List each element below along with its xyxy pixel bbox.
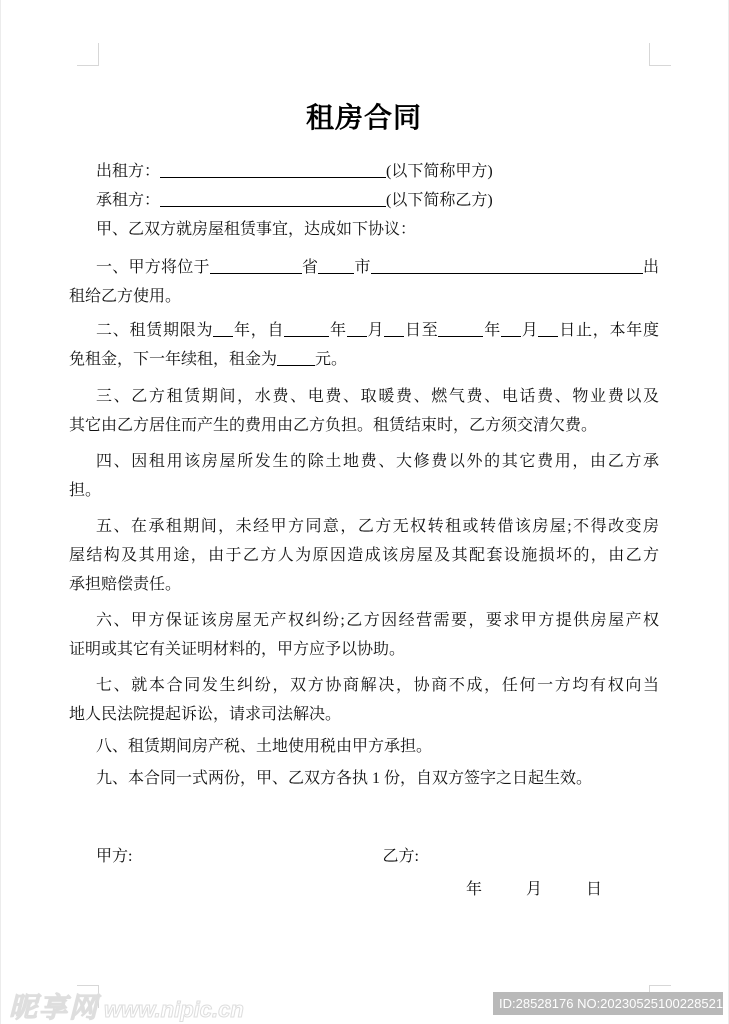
blank-field [347,321,367,337]
text-segment: 证明或其它有关证明材料的，甲方应予以协助。 [69,641,405,658]
line: 租给乙方使用。 [69,282,659,311]
paragraph-preamble: 甲、乙双方就房屋租赁事宜，达成如下协议： [69,215,659,244]
paragraph-clause-1: 一、甲方将位于省市出租给乙方使用。 [69,253,659,311]
paragraph-clause-3: 三、乙方租赁期间，水费、电费、取暖费、燃气费、电话费、物业费以及其它由乙方居住而… [69,382,659,440]
contract-body: 租房合同 出租方：(以下简称甲方)承租方：(以下简称乙方)甲、乙双方就房屋租赁事… [69,0,659,904]
document-page: 租房合同 出租方：(以下简称甲方)承租方：(以下简称乙方)甲、乙双方就房屋租赁事… [0,0,729,1024]
image-id-bar: ID:28528176 NO:20230525100228521101 [493,992,723,1015]
text-segment: 六、甲方保证该房屋无产权纠纷;乙方因经营需要，要求甲方提供房屋产权 [96,612,659,629]
paragraph-party-b: 承租方：(以下简称乙方) [69,186,659,215]
text-segment: 年，自 [233,322,284,339]
blank-field [384,321,404,337]
nipic-watermark: 昵享网www.nipic.cn [9,986,244,1024]
paragraph-clause-4: 四、因租用该房屋所发生的除土地费、大修费以外的其它费用，由乙方承担。 [69,447,659,505]
blank-field [318,258,354,274]
text-segment: 省 [302,259,319,276]
line: 担。 [69,476,659,505]
line: 五、在承租期间，未经甲方同意，乙方无权转租或转借该房屋;不得改变房 [69,512,659,541]
text-segment: 四、因租用该房屋所发生的除土地费、大修费以外的其它费用，由乙方承 [96,453,659,470]
text-segment: 地人民法院提起诉讼，请求司法解决。 [69,706,341,723]
line: 七、就本合同发生纠纷，双方协商解决，协商不成，任何一方均有权向当 [69,671,659,700]
text-segment: 年 [466,881,482,898]
paragraph-clause-6: 六、甲方保证该房屋无产权纠纷;乙方因经营需要，要求甲方提供房屋产权证明或其它有关… [69,606,659,664]
text-segment: 三、乙方租赁期间，水费、电费、取暖费、燃气费、电话费、物业费以及 [96,388,659,405]
paragraph-clause-9: 九、本合同一式两份，甲、乙双方各执 1 份，自双方签字之日起生效。 [69,764,659,793]
text-segment: 其它由乙方居住而产生的费用由乙方负担。租赁结束时，乙方须交清欠费。 [69,417,597,434]
text-segment: 日 [586,881,602,898]
text-segment: 市 [354,259,371,276]
text-segment: 承担赔偿责任。 [69,576,181,593]
blank-field [210,258,302,274]
line: 甲、乙双方就房屋租赁事宜，达成如下协议： [69,215,659,244]
text-segment: 元。 [315,351,347,368]
text-segment: 一、甲方将位于 [96,259,210,276]
line: 地人民法院提起诉讼，请求司法解决。 [69,700,659,729]
blank-field [160,162,386,178]
line: 其它由乙方居住而产生的费用由乙方负担。租赁结束时，乙方须交清欠费。 [69,411,659,440]
text-segment: 甲方: [96,848,132,865]
text-segment: 月 [526,881,542,898]
watermark-site-url: www.nipic.cn [104,997,244,1022]
text-segment: 月 [521,322,539,339]
text-segment: 租给乙方使用。 [69,288,181,305]
text-segment: 日至 [404,322,438,339]
paragraph-party-a: 出租方：(以下简称甲方) [69,157,659,186]
blank-field [538,321,558,337]
page-title: 租房合同 [69,101,659,137]
line: 八、租赁期间房产税、土地使用税由甲方承担。 [69,732,659,761]
paragraph-clause-5: 五、在承租期间，未经甲方同意，乙方无权转租或转借该房屋;不得改变房屋结构及其用途… [69,512,659,599]
line: 一、甲方将位于省市出 [69,253,659,282]
text-segment: 屋结构及其用途，由于乙方人为原因造成该房屋及其配套设施损坏的，由乙方 [69,547,659,564]
text-segment: 七、就本合同发生纠纷，双方协商解决，协商不成，任何一方均有权向当 [96,677,659,694]
watermark-site-name: 昵享网 [9,992,99,1023]
text-segment: 年 [329,322,347,339]
text-segment: (以下简称乙方) [386,192,493,209]
blank-field [277,350,315,366]
line: 四、因租用该房屋所发生的除土地费、大修费以外的其它费用，由乙方承 [69,447,659,476]
paragraph-date: 年月日 [69,875,659,904]
text-segment: 九、本合同一式两份，甲、乙双方各执 1 份，自双方签字之日起生效。 [96,770,592,787]
blank-field [371,258,643,274]
text-segment: 担。 [69,482,101,499]
paragraph-clause-8: 八、租赁期间房产税、土地使用税由甲方承担。 [69,732,659,761]
text-segment: 月 [367,322,385,339]
text-segment: 免租金，下一年续租，租金为 [69,351,277,368]
line: 证明或其它有关证明材料的，甲方应予以协助。 [69,635,659,664]
line: 年月日 [69,875,659,904]
line: 甲方:乙方: [69,842,659,871]
paragraph-signature: 甲方:乙方: [69,842,659,871]
blank-field [160,191,386,207]
text-segment: (以下简称甲方) [386,163,493,180]
paragraphs: 出租方：(以下简称甲方)承租方：(以下简称乙方)甲、乙双方就房屋租赁事宜，达成如… [69,157,659,904]
blank-field [213,321,233,337]
line: 承担赔偿责任。 [69,570,659,599]
paragraph-clause-2: 二、租赁期限为年，自年月日至年月日止，本年度免租金，下一年续租，租金为元。 [69,316,659,374]
text-segment: 二、租赁期限为 [96,322,213,339]
line: 二、租赁期限为年，自年月日至年月日止，本年度 [69,316,659,345]
text-segment: 出租方： [96,163,160,180]
text-segment: 出 [643,259,659,276]
blank-field [284,321,329,337]
text-segment: 八、租赁期间房产税、土地使用税由甲方承担。 [96,738,432,755]
line: 六、甲方保证该房屋无产权纠纷;乙方因经营需要，要求甲方提供房屋产权 [69,606,659,635]
text-segment: 甲、乙双方就房屋租赁事宜，达成如下协议： [96,221,416,238]
blank-field [438,321,483,337]
blank-field [501,321,521,337]
text-segment: 年 [483,322,501,339]
text-segment: 承租方： [96,192,160,209]
text-segment: 五、在承租期间，未经甲方同意，乙方无权转租或转借该房屋;不得改变房 [96,518,659,535]
text-segment: 日止，本年度 [558,322,658,339]
text-segment: 乙方: [382,848,418,865]
paragraph-clause-7: 七、就本合同发生纠纷，双方协商解决，协商不成，任何一方均有权向当地人民法院提起诉… [69,671,659,729]
line: 承租方：(以下简称乙方) [69,186,659,215]
line: 出租方：(以下简称甲方) [69,157,659,186]
line: 九、本合同一式两份，甲、乙双方各执 1 份，自双方签字之日起生效。 [69,764,659,793]
line: 三、乙方租赁期间，水费、电费、取暖费、燃气费、电话费、物业费以及 [69,382,659,411]
line: 屋结构及其用途，由于乙方人为原因造成该房屋及其配套设施损坏的，由乙方 [69,541,659,570]
line: 免租金，下一年续租，租金为元。 [69,345,659,374]
